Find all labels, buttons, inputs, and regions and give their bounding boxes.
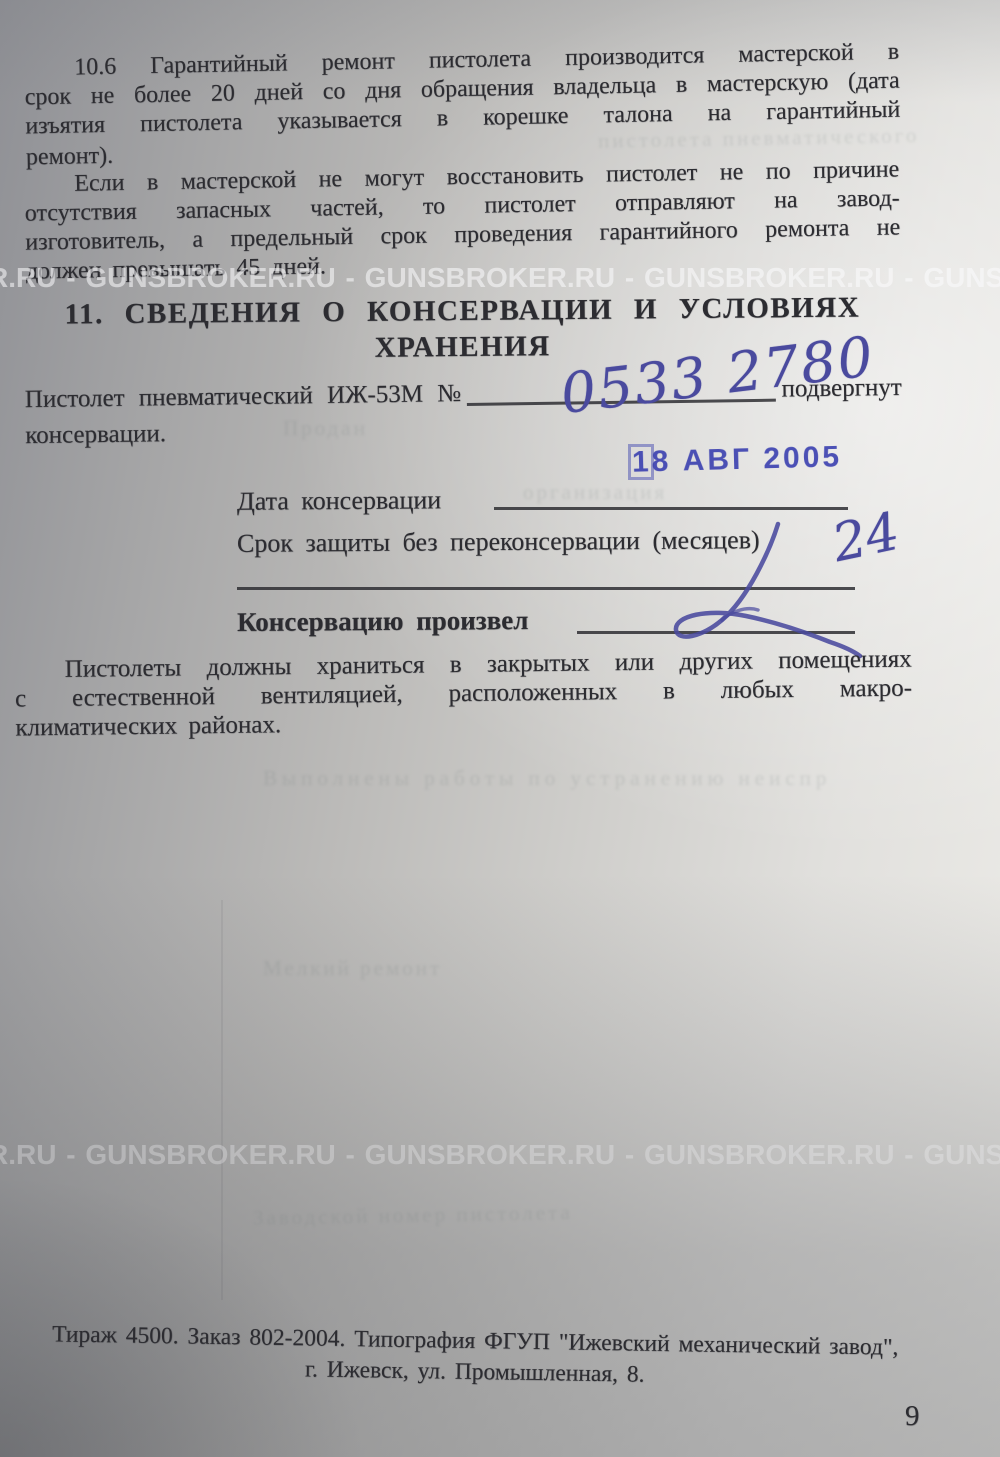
- section-heading-line1: 11. СВЕДЕНИЯ О КОНСЕРВАЦИИ И УСЛОВИЯХ: [25, 289, 900, 333]
- watermark-bottom: R.RU - GUNSBROKER.RU - GUNSBROKER.RU - G…: [0, 1139, 1000, 1171]
- conservation-date-blank: [494, 484, 848, 510]
- bleedthrough-text: Выполнены работы по устранению неиспр: [263, 766, 831, 791]
- page-number: 9: [905, 1400, 920, 1433]
- scanned-manual-page: пистолета пневматического Продан организ…: [0, 0, 1000, 1457]
- sentence-prefix: Пистолет пневматический ИЖ-53М №: [25, 380, 462, 414]
- page-crease: [221, 900, 223, 1300]
- stamp-frame-mark: [628, 444, 654, 480]
- paragraph-10-6: 10.6 Гарантийный ремонт пистолета произв…: [24, 38, 901, 174]
- performed-by-label: Консервацию произвел: [237, 605, 529, 638]
- signature: [660, 520, 870, 660]
- date-stamp: 18 АВГ 2005: [632, 440, 843, 479]
- storage-paragraph: Пистолеты должны храниться в закрытых ил…: [15, 645, 913, 743]
- imprint: Тираж 4500. Заказ 802-2004. Типография Ф…: [20, 1319, 931, 1395]
- bleedthrough-text: Заводской номер пистолета: [253, 1200, 573, 1231]
- bleedthrough-text: Мелкий ремонт: [263, 956, 442, 981]
- conservation-date-label: Дата консервации: [237, 485, 441, 516]
